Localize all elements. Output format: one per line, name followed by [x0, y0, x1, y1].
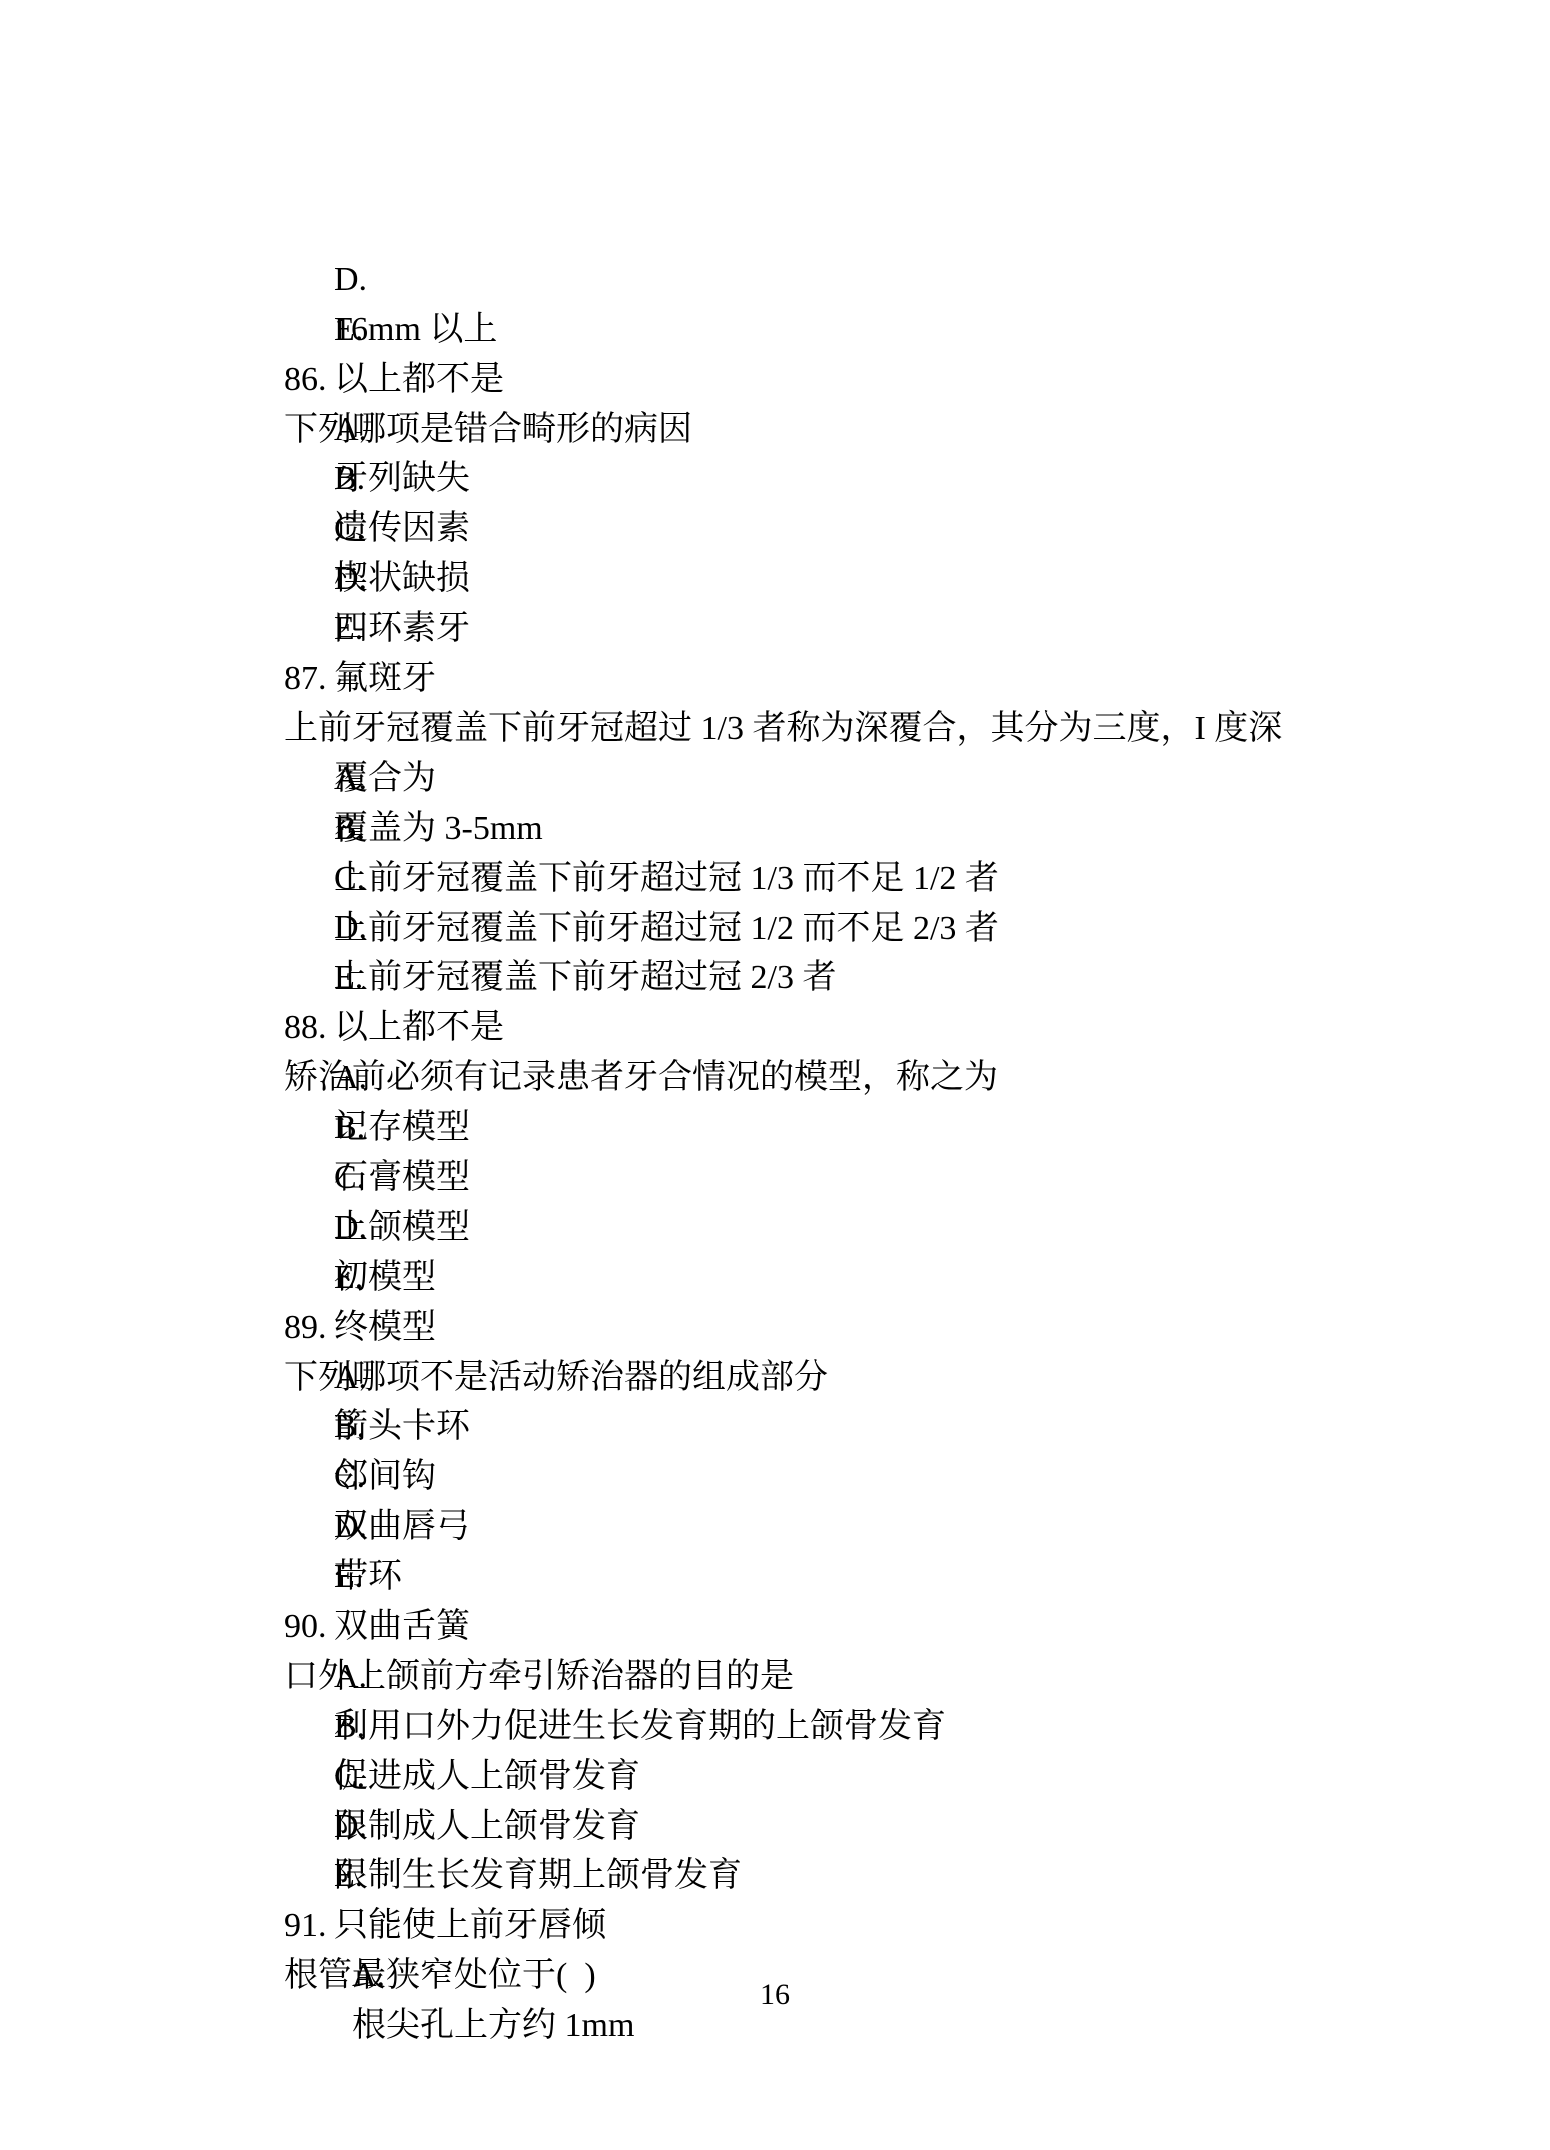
page-number: 16 [0, 1978, 1550, 2012]
option-line: C. 楔状缺损 [0, 454, 1550, 504]
question-line: 89. 下列哪项不是活动矫治器的组成部分 [0, 1253, 1550, 1303]
option-letter: E. [334, 604, 392, 654]
option-letter: B. [334, 454, 392, 504]
option-letter: A. [334, 754, 392, 804]
option-letter: C. [334, 1452, 392, 1502]
question-number: 90. [284, 1602, 339, 1652]
option-letter: E. [334, 1552, 392, 1602]
question-line: 91. 根管最狭窄处位于( ) [0, 1851, 1550, 1901]
line-text: 上前牙冠覆盖下前牙超过冠 1/3 而不足 1/2 者 [334, 860, 999, 897]
option-letter: D. [334, 1802, 392, 1852]
line-text: 终模型 [334, 1309, 436, 1346]
line-text: 上前牙冠覆盖下前牙超过冠 1/2 而不足 2/3 者 [334, 910, 999, 947]
option-letter: D. [334, 554, 392, 604]
line-text: 上前牙冠覆盖下前牙超过冠 2/3 者 [334, 959, 836, 996]
continuation-line: 覆合为 [0, 654, 1550, 704]
option-line: A. 箭头卡环 [0, 1303, 1550, 1353]
option-letter: D. [334, 1203, 392, 1253]
option-line: D. 四环素牙 [0, 504, 1550, 554]
option-letter: E. [334, 305, 392, 355]
question-line: 86. 下列哪项是错合畸形的病因 [0, 305, 1550, 355]
option-letter: C. [334, 1153, 392, 1203]
option-line: E. 终模型 [0, 1203, 1550, 1253]
option-letter: B. [334, 1402, 392, 1452]
question-number: 87. [284, 654, 339, 704]
question-number: 89. [284, 1303, 339, 1353]
option-letter: A. [334, 1353, 392, 1403]
option-line: C. 上前牙冠覆盖下前牙超过冠 1/2 而不足 2/3 者 [0, 804, 1550, 854]
line-text: 根尖孔上方约 1mm [352, 2007, 634, 2044]
option-letter: E. [334, 1253, 392, 1303]
option-line: E. 氟斑牙 [0, 554, 1550, 604]
line-text: 以上都不是 [334, 1009, 504, 1046]
question-number: 88. [284, 1003, 339, 1053]
option-letter: B. [334, 804, 392, 854]
question-number: 86. [284, 355, 339, 405]
question-line: 87. 上前牙冠覆盖下前牙冠超过 1/3 者称为深覆合，其分为三度，I 度深 [0, 604, 1550, 654]
option-letter: A. [334, 1053, 392, 1103]
line-text: 上前牙冠覆盖下前牙冠超过 1/3 者称为深覆合，其分为三度，I 度深 [284, 710, 1282, 747]
option-line: A. 记存模型 [0, 1003, 1550, 1053]
option-letter: D. [334, 255, 392, 305]
question-line: 90. 口外上颌前方牵引矫治器的目的是 [0, 1552, 1550, 1602]
option-line: A. 利用口外力促进生长发育期的上颌骨发育 [0, 1602, 1550, 1652]
option-line: D. 带环 [0, 1452, 1550, 1502]
option-letter: B. [334, 1702, 392, 1752]
option-letter: E. [334, 953, 392, 1003]
line-text: 氟斑牙 [334, 660, 436, 697]
option-line: B. 遗传因素 [0, 405, 1550, 455]
option-letter: C. [334, 504, 392, 554]
question-number: 91. [284, 1901, 339, 1951]
option-letter: C. [334, 1752, 392, 1802]
option-line: B. 上前牙冠覆盖下前牙超过冠 1/3 而不足 1/2 者 [0, 754, 1550, 804]
option-line: A. 根尖孔上方约 1mm [0, 1901, 1550, 1951]
option-line: C. 双曲唇弓 [0, 1402, 1550, 1452]
option-letter: B. [334, 1103, 392, 1153]
option-line: C. 上颌模型 [0, 1103, 1550, 1153]
option-line: E. 以上都不是 [0, 255, 1550, 305]
option-line: E. 双曲舌簧 [0, 1502, 1550, 1552]
option-letter: E. [334, 1851, 392, 1901]
option-line: E. 只能使上前牙唇倾 [0, 1802, 1550, 1852]
line-text: 双曲舌簧 [334, 1608, 470, 1645]
option-letter: A. [334, 1652, 392, 1702]
line-text: 利用口外力促进生长发育期的上颌骨发育 [334, 1708, 946, 1745]
option-line: A. 牙列缺失 [0, 355, 1550, 405]
line-text: 只能使上前牙唇倾 [334, 1907, 606, 1944]
option-line: D. 限制生长发育期上颌骨发育 [0, 1752, 1550, 1802]
option-letter: D. [334, 903, 392, 953]
option-letter: C. [334, 854, 392, 904]
option-line: D. 初模型 [0, 1153, 1550, 1203]
option-letter: A. [334, 405, 392, 455]
document-page: D. 16mm 以上 E. 以上都不是 86. 下列哪项是错合畸形的病因 A. … [0, 0, 1550, 2150]
line-text: 以上都不是 [334, 361, 504, 398]
option-letter: D. [334, 1502, 392, 1552]
option-line: D. 16mm 以上 [0, 205, 1550, 255]
question-list: D. 16mm 以上 E. 以上都不是 86. 下列哪项是错合畸形的病因 A. … [0, 0, 1550, 1951]
line-text: 限制生长发育期上颌骨发育 [334, 1857, 742, 1894]
